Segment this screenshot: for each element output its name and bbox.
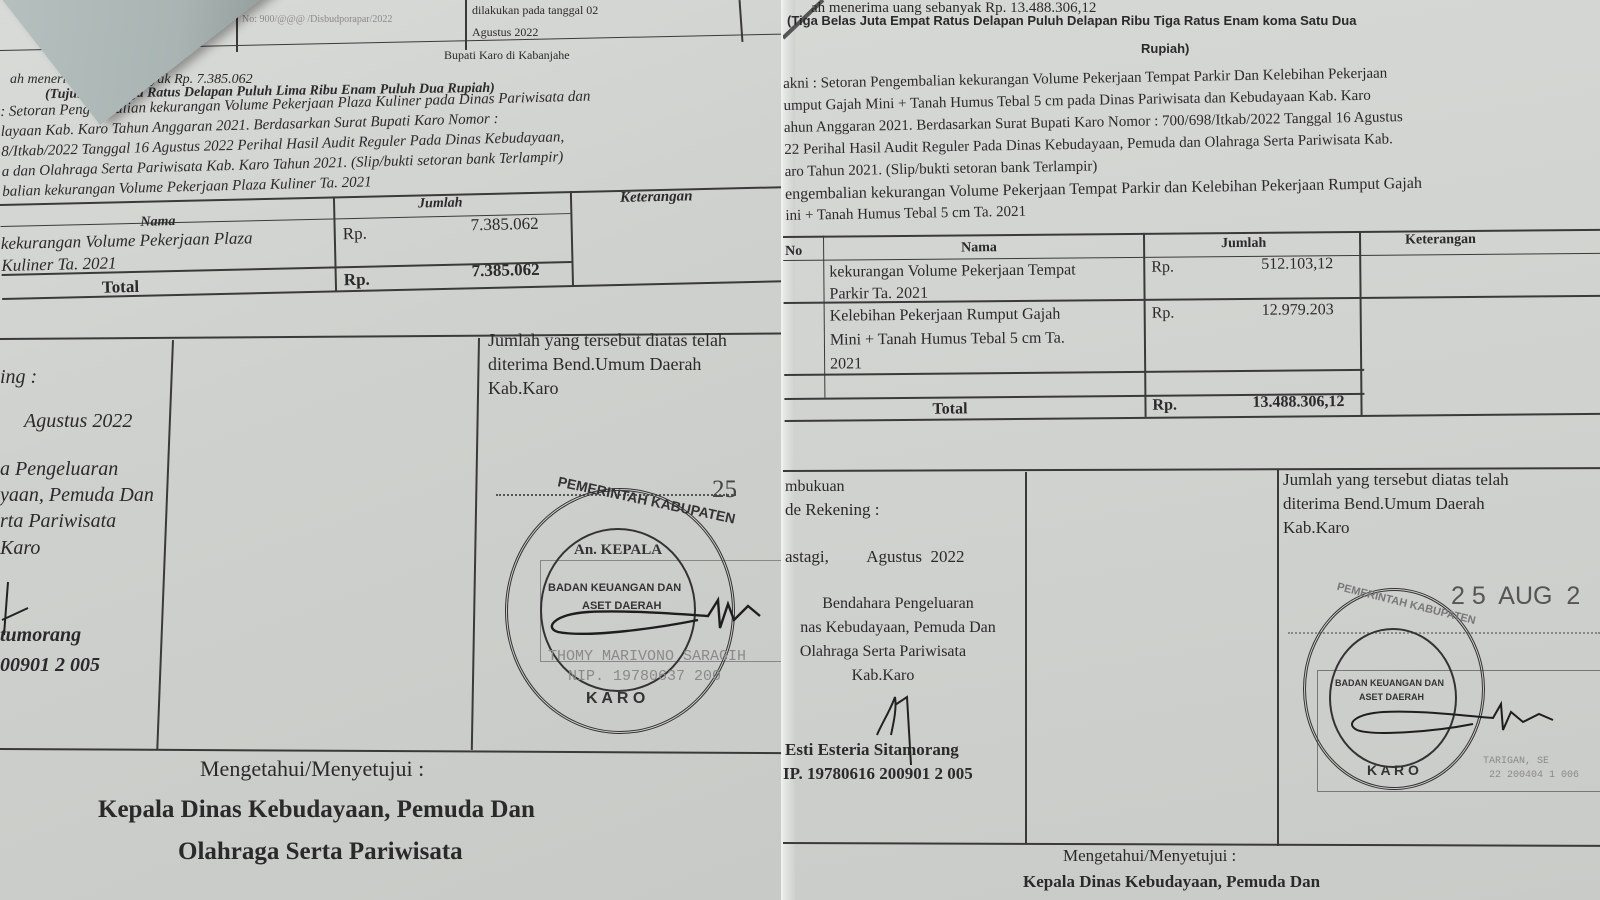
date-stamp: 25 — [712, 476, 737, 504]
sign-date: astagi, Agustus 2022 — [785, 547, 964, 567]
pembukuan-label: mbukuan — [785, 478, 845, 496]
letter-number: No: 900/@@@ /Disbudpora­par/2022 — [242, 14, 392, 25]
approval-label: Mengetahui/Menyetujui : — [1063, 846, 1236, 866]
received-note: diterima Bend.Umum Daerah — [1283, 494, 1485, 514]
signature-icon — [1343, 700, 1583, 750]
amount-in-words: Rupiah) — [1141, 41, 1189, 56]
received-note: Kab.Karo — [488, 378, 558, 399]
right-receipt-photo: ah menerima uang sebanyak Rp. 13.488.306… — [783, 0, 1600, 900]
purpose-paragraph: akni : Setoran Pengembalian kekurangan V… — [783, 62, 1600, 76]
signer-name: Esti Esteria Sitamorang — [785, 740, 959, 760]
sign-border — [1025, 472, 1027, 844]
stamp-official-name: THOMY MARIVONO SARAGIH — [548, 648, 746, 665]
purpose-line: 22 Perihal Hasil Audit Reguler Pada Dina… — [784, 131, 1393, 159]
stamp-official-nip: 22 200404 1 006 — [1489, 770, 1579, 781]
total-label: Total — [932, 400, 967, 418]
received-note: Kab.Karo — [1283, 518, 1350, 538]
left-receipt-photo: dengan ini. No: 900/@@@ /Disbudpora­par/… — [0, 0, 783, 900]
row-nama: Mini + Tanah Humus Tebal 5 cm Ta. — [830, 330, 1065, 350]
signer-title: Karo — [0, 537, 40, 560]
sign-date: Agustus 2022 — [24, 410, 132, 433]
row-nama: kekurangan Volume Pekerjaan Tempat — [829, 261, 1076, 281]
amount-table: No Nama Jumlah Keterangan kekurangan Vol… — [783, 229, 1600, 420]
sign-border — [0, 748, 783, 754]
approval-title: Kepala Dinas Kebudayaan, Pemuda Dan — [1023, 872, 1320, 892]
signer-title: Olahraga Serta Pariwisata — [783, 643, 983, 661]
approval-title: Kepala Dinas Kebudayaan, Pemuda Dan — [98, 796, 535, 824]
row-nama: Kelebihan Pekerjaan Rumput Gajah — [830, 306, 1061, 326]
row-amount: 7.385.062 — [470, 214, 538, 236]
stamp-ring-text: K A R O — [1367, 762, 1419, 778]
row-amount: 512.103,12 — [1261, 255, 1333, 274]
col-header-nama: Nama — [961, 240, 997, 256]
stamp-inner-text: BADAN KEUANGAN DAN — [1335, 678, 1444, 688]
approval-label: Mengetahui/Menyetujui : — [200, 756, 424, 782]
approval-title: Olahraga Serta Pariwisata — [178, 838, 463, 866]
row-nama: Kuliner Ta. 2021 — [1, 253, 117, 276]
table-caption: ini + Tanah Humus Tebal 5 cm Ta. 2021 — [785, 204, 1026, 225]
sign-border — [471, 338, 480, 750]
signer-title: nas Kebudayaan, Pemuda Dan — [783, 619, 1013, 637]
col-header-jumlah: Jumlah — [418, 196, 463, 213]
signer-title: a Pengeluaran — [0, 458, 118, 481]
table-border — [465, 0, 467, 50]
col-header-keterangan: Keterangan — [620, 188, 693, 207]
signer-title: Bendahara Pengeluaran — [793, 595, 1003, 613]
row-nama: 2021 — [830, 355, 862, 373]
col-header-no: No — [785, 244, 802, 260]
col-header-jumlah: Jumlah — [1221, 236, 1266, 252]
received-note: Jumlah yang tersebut diatas telah — [488, 330, 727, 351]
amount-table: Nama Jumlah Keterangan kekurangan Volume… — [0, 186, 783, 299]
stamp-official-nip: NIP. 19780637 200 — [568, 668, 721, 685]
amount-in-words: (Tiga Belas Juta Empat Ratus Delapan Pul… — [787, 13, 1356, 28]
stamp-ring-text: K A R O — [586, 690, 645, 708]
row-currency: Rp. — [343, 224, 368, 245]
signer-name: tumorang — [0, 624, 81, 647]
row-nama: Parkir Ta. 2021 — [829, 285, 928, 304]
signer-nip: 00901 2 005 — [0, 654, 100, 677]
date-stamp: 2 5 AUG 2 — [1451, 582, 1580, 611]
rekening-label: de Rekening : — [785, 500, 879, 520]
signer-title: Kab.Karo — [783, 667, 983, 685]
signer-title: rta Pariwisata — [0, 510, 116, 533]
total-amount: 13.488.306,12 — [1252, 393, 1344, 412]
header-bupati: Bupati Karo di Kabanjahe — [444, 48, 570, 63]
signer-title: yaan, Pemuda Dan — [0, 484, 154, 507]
sign-border — [156, 340, 174, 750]
received-note: diterima Bend.Umum Daerah — [488, 354, 701, 375]
sign-border — [1277, 470, 1279, 846]
received-note: Jumlah yang tersebut diatas telah — [1283, 470, 1509, 490]
rekening-label: ing : — [0, 366, 37, 389]
purpose-line: aro Tahun 2021. (Slip/bukti setoran bank… — [785, 159, 1098, 181]
signer-nip: IP. 19780616 200901 2 005 — [783, 764, 973, 784]
stamp-official-name: TARIGAN, SE — [1483, 756, 1549, 767]
total-amount: 7.385.062 — [471, 260, 539, 282]
row-amount: 12.979.203 — [1262, 301, 1334, 320]
total-currency: Rp. — [344, 270, 370, 291]
col-header-nama: Nama — [140, 214, 175, 231]
table-border — [739, 0, 744, 42]
col-header-keterangan: Keterangan — [1405, 232, 1476, 249]
row-currency: Rp. — [1151, 259, 1174, 277]
signature-icon — [548, 590, 768, 650]
total-label: Total — [102, 277, 140, 298]
header-dilakukan-date: Agustus 2022 — [472, 25, 538, 40]
signature-mark-icon — [871, 695, 921, 775]
row-nama: kekurangan Volume Pekerjaan Plaza — [1, 228, 253, 254]
stamp-inner-text: An. KEPALA — [574, 542, 662, 559]
header-dilakukan: dilakukan pada tanggal 02 — [472, 3, 598, 18]
row-currency: Rp. — [1152, 305, 1175, 323]
total-currency: Rp. — [1152, 397, 1177, 415]
